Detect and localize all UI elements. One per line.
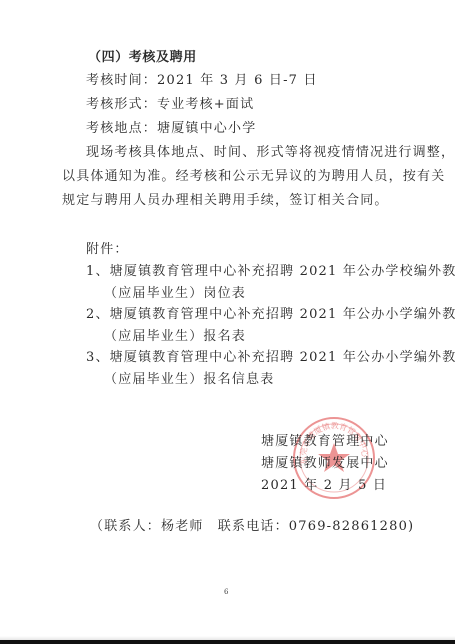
assessment-location: 考核地点：塘厦镇中心小学: [86, 121, 256, 137]
page-number: 6: [224, 588, 228, 596]
attachment-2-line-2: （应届毕业生）报名表: [104, 329, 246, 345]
attachment-1-line-2: （应届毕业生）岗位表: [104, 286, 246, 302]
attachment-3-line-2: （应届毕业生）报名信息表: [104, 372, 274, 388]
assessment-form: 考核形式：专业考核+面试: [86, 97, 254, 113]
signature-org-2: 塘厦镇教师发展中心: [261, 456, 389, 472]
paragraph-line-2: 以具体通知为准。经考核和公示无异议的为聘用人员，按有关: [62, 169, 445, 185]
page-bottom-border: [0, 640, 455, 644]
document-page: （四）考核及聘用 考核时间：2021 年 3 月 6 日-7 日 考核形式：专业…: [0, 0, 455, 640]
paragraph-line-1: 现场考核具体地点、时间、形式等将视疫情情况进行调整，: [86, 145, 455, 161]
attachment-2-line-1: 2、塘厦镇教育管理中心补充招聘 2021 年公办小学编外教师: [86, 307, 455, 323]
section-heading: （四）考核及聘用: [88, 50, 197, 66]
signature-date: 2021 年 2 月 5 日: [261, 478, 387, 494]
attachments-label: 附件：: [86, 242, 129, 258]
signature-org-1: 塘厦镇教育管理中心: [261, 434, 389, 450]
attachment-1-line-1: 1、塘厦镇教育管理中心补充招聘 2021 年公办学校编外教师: [86, 264, 455, 280]
paragraph-line-3: 规定与聘用人员办理相关聘用手续，签订相关合同。: [62, 193, 389, 209]
assessment-time: 考核时间：2021 年 3 月 6 日-7 日: [86, 73, 318, 89]
contact-info: （联系人：杨老师 联系电话：0769-82861280): [90, 519, 414, 535]
attachment-3-line-1: 3、塘厦镇教育管理中心补充招聘 2021 年公办小学编外教师: [86, 350, 455, 366]
